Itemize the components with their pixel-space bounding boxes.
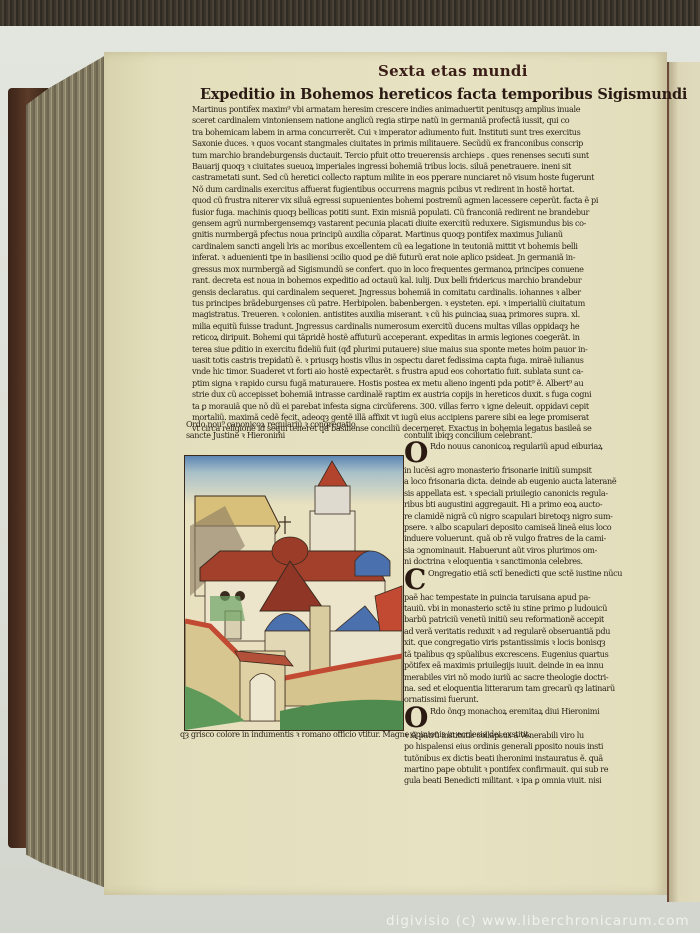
text-line: martino pape obtulit ꝛ pontifex confirma… [404,764,644,775]
text-line: vnde hic timor. Suaderet vt forti aio ho… [192,366,644,377]
text-line: fusior fuga. machinis quoqȝ bellicas pot… [192,207,644,218]
text-line: contulit ibiqȝ concilium celebrant. [404,430,644,441]
text-line: tã tpalibus qȝ spũalibus excrescens. Eug… [404,649,644,660]
monastery-woodcut [185,456,403,730]
text-line: inferat. ꝛ aduenienti tpe in basiliensi … [192,252,644,263]
text-line: psere. ꝛ albo scapulari deposito camiseã… [404,522,644,533]
text-line: ribus bti augustini aggregauit. Hi a pri… [404,499,644,510]
text-line: tum marchio brandeburgensis ductauit. Te… [192,150,644,161]
text-line: ptim signa ꝛ rapido cursu fugã maturauer… [192,378,644,389]
text-line: re clamidẽ nigrã cũ nigro scapulari bire… [404,511,644,522]
text-line: sis appellata est. ꝛ speciali priuilegio… [404,488,644,499]
text-line: paẽ hac tempestate in ꝑuincia taruisana … [404,592,644,603]
dropcap-o: O [404,706,428,730]
text-line: tus principes brãdeburgenses cũ patre. H… [192,298,644,309]
text-line: castrametati sunt. Sed cũ heretici colle… [192,172,644,183]
text-line: barbũ patriciũ venetũ initiũ seu reforma… [404,614,644,625]
text-line: induere voluerunt. quã ob rẽ vulgo fratr… [404,533,644,544]
text-line: ORdo nouus canonicoꝝ regulariũ apud eibu… [404,441,644,465]
text-line: põtifex eã maximis priuilegijs iuuit. de… [404,660,644,671]
text-line: tutõnibus ex dictis beati iheronimi inst… [404,753,644,764]
caption-line: Ordo nou⁹ canonicoꝝ regulariũ ꝛ congrega… [186,419,396,430]
text-line: ornatissimi fuerunt. [404,694,644,705]
dropcap-o: O [404,441,428,465]
text-line: gula beati Benedicti militant. ꝛ ipa ꝑ o… [404,775,644,786]
chapter-heading: Expeditio in Bohemos hereticos facta tem… [200,86,645,103]
text-line: rant. decreta est noua in bohemos expedi… [192,275,644,286]
text-line: strie dux cũ accepisset bohemiã intrasse… [192,389,644,400]
text-line: Saxonie duces. ꝛ quos vocant stangmales … [192,138,644,149]
text-line: a loco frisonaria dicta. deinde ab eugen… [404,476,644,487]
text-line: na. sed et eloquentia litterarum tam gre… [404,683,644,694]
text-line: COngregatio etiã sctĩ benedicti que sctẽ… [404,568,644,592]
text-line: Martinus pontifex maxim⁹ vbi armatam her… [192,104,644,115]
facing-page-edge [667,62,700,902]
text-line: sceret cardinalem vintoniensem natione a… [192,115,644,126]
text-line: xit. que congregatio viris pstantissimis… [404,637,644,648]
text-line: sia ↄgnominauit. Habuerunt aũt viros plu… [404,545,644,556]
text-line: uasit totis castris trepidatũ ẽ. ꝛ prius… [192,355,644,366]
text-line: reticoꝝ diripuit. Bohemi qui tãpridẽ hos… [192,332,644,343]
text-line: magistratus. Treueren. ꝛ colonien. antis… [192,309,644,320]
text-line: quod cũ frustra niterer vix siluã egress… [192,195,644,206]
woodcut-caption: Ordo nou⁹ canonicoꝝ regulariũ ꝛ congrega… [186,419,396,442]
text-line: ORdo õnqȝ monachoꝝ eremitaꝝ diui Hieroni… [404,706,644,730]
text-line: cardinalem sancti angeli lris ac moribus… [192,241,644,252]
text-line: Bauarij quoqȝ ꝛ ciuitates sueuoꝝ imperia… [192,161,644,172]
text-line: terea siue ꝑditio in exercitu fideliũ fu… [192,344,644,355]
text-line: in lucẽsi agro monasterio frisonarie ini… [404,465,644,476]
text-line: ad verã veritatis reduxit ꝛ ad regularẽ … [404,626,644,637]
caption-line: sancte Justine ꝛ Hieronimi [186,430,396,441]
dropcap-c: C [404,568,426,592]
text-line: po hispalensi eius ordinis generali ꝑpos… [404,741,644,752]
text-line: ta ꝑ morauiã que nõ dũ ei parebat infest… [192,401,644,412]
text-line: merabiles viri nõ modo iuriũ ac sacre th… [404,672,644,683]
carpet-background [0,0,700,26]
text-line: gnitis nurmbergã pfectus noua principũ a… [192,229,644,240]
main-text-block: Martinus pontifex maxim⁹ vbi armatam her… [192,104,644,435]
text-line: gensem agrũ nurmbergensemqȝ vastarent pe… [192,218,644,229]
text-line: tra bohemicam labem in arma concurrerẽt.… [192,127,644,138]
text-line: gressus mox nurmbergã ad Sigismundũ se c… [192,264,644,275]
text-line: milia equitũ fuisse tradunt. Jngressus c… [192,321,644,332]
text-line: tauiũ. vbi in monasterio sctẽ iu stine p… [404,603,644,614]
running-head: Sexta etas mundi [378,62,528,80]
woodcut-illustration [184,455,404,731]
text-line: ni doctrina ꝛ eloquentia ꝛ sanctimonia c… [404,556,644,567]
page-edges [26,55,106,888]
text-line: gensis declaratus. qui cardinalem sequer… [192,287,644,298]
right-column-intro: contulit ibiqȝ concilium celebrant. [404,430,644,441]
watermark: digivisio (c) www.liberchronicarum.com [386,913,690,929]
text-line: Nõ dum cardinalis exercitus affuerat fug… [192,184,644,195]
